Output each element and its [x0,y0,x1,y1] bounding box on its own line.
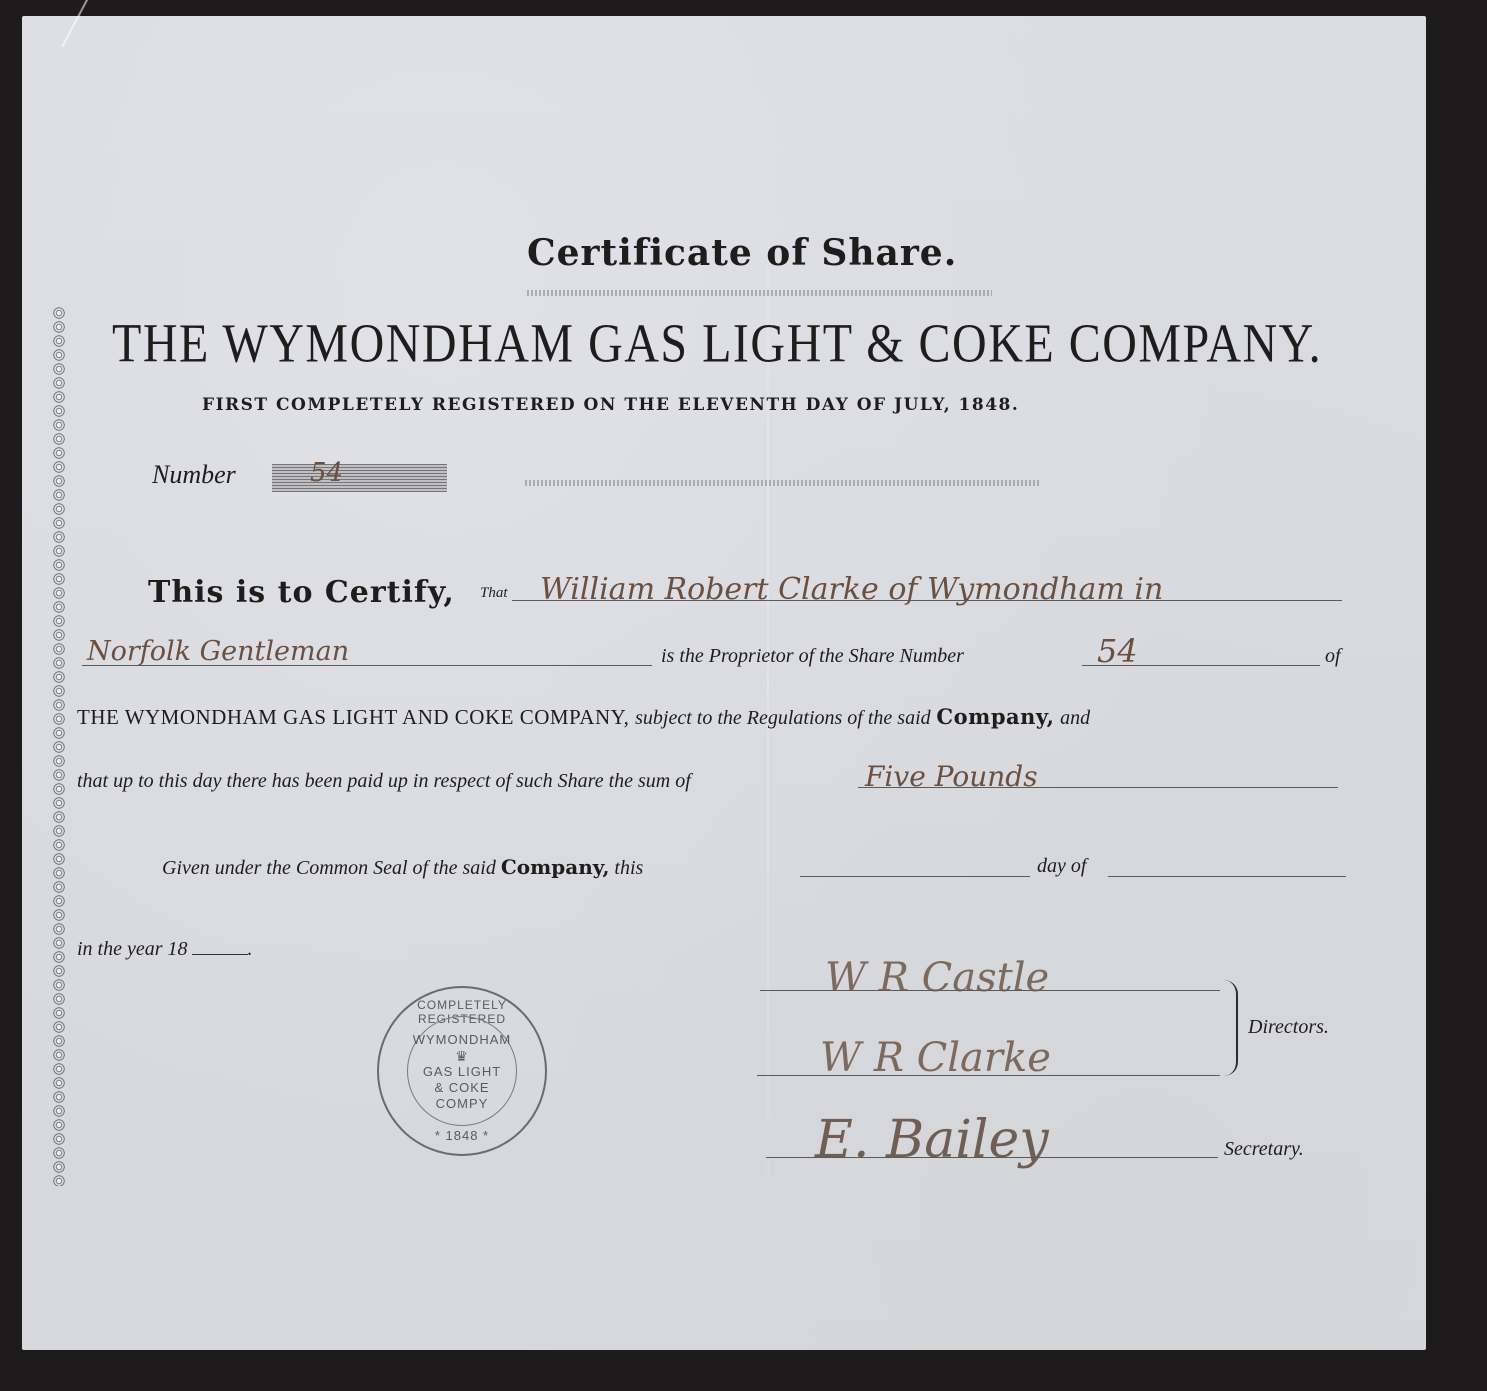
this-word: this [614,857,643,879]
seal-year: * 1848 * [379,1128,545,1143]
and-word: and [1060,707,1090,729]
secretary-line [766,1157,1218,1158]
secretary-signature: E. Bailey [815,1110,1049,1170]
sum-paid: Five Pounds [865,760,1038,793]
company-caps: THE WYMONDHAM GAS LIGHT AND COKE COMPANY… [77,705,629,729]
paper-crease [61,0,105,47]
seal-line-4: COMPY [379,1096,545,1111]
sum-paid-line [858,787,1338,788]
company-word: Company, [936,704,1054,729]
directors-bracket [1222,980,1238,1076]
director-2-line [757,1075,1220,1076]
number-label: Number [152,460,236,490]
given-text: Given under the Common Seal of the said [162,857,496,879]
paper-fold [767,16,769,1350]
regulations-text: subject to the Regulations of the said [635,707,931,729]
month-line [1108,876,1346,877]
that-word: That [480,585,508,602]
year-line: in the year 18. [77,938,253,961]
year-text: in the year 18 [77,938,188,960]
day-of: day of [1037,855,1086,878]
holder-place: Norfolk Gentleman [87,636,349,667]
given-company: Company, [501,855,610,879]
certify-lead: This is to Certify, [148,575,455,610]
seal-line-3: & COKE [379,1080,545,1095]
director-1-signature: W R Castle [825,955,1049,1001]
number-box [272,464,447,492]
directors-label: Directors. [1248,1016,1329,1039]
heading-rule [527,290,992,296]
day-line [800,876,1030,877]
share-number-line [1082,665,1320,666]
number-rule [525,480,1040,486]
secretary-label: Secretary. [1224,1138,1304,1161]
paid-text: that up to this day there has been paid … [77,770,691,793]
company-line: THE WYMONDHAM GAS LIGHT AND COKE COMPANY… [77,704,1090,730]
holder-name-line [512,600,1342,601]
crown-icon: ♛ [379,1048,545,1065]
of-word: of [1325,645,1341,668]
seal-line-1: WYMONDHAM [379,1032,545,1047]
seal-line-2: GAS LIGHT [379,1064,545,1079]
year-blank [192,954,248,955]
certificate-number: 54 [310,458,343,488]
holder-name: William Robert Clarke of Wymondham in [540,572,1163,607]
certificate-paper [22,16,1426,1350]
given-line: Given under the Common Seal of the said … [162,855,643,880]
proprietor-text: is the Proprietor of the Share Number [661,645,964,668]
year-period: . [248,938,253,960]
company-seal: COMPLETELY REGISTERED WYMONDHAM ♛ GAS LI… [377,986,547,1156]
certificate-heading: Certificate of Share. [527,232,957,274]
registration-line: FIRST COMPLETELY REGISTERED ON THE ELEVE… [202,395,1019,415]
holder-place-line [82,665,652,666]
ornamental-border [52,306,66,1186]
company-title: THE WYMONDHAM GAS LIGHT & COKE COMPANY. [112,312,1322,375]
director-1-line [760,990,1220,991]
